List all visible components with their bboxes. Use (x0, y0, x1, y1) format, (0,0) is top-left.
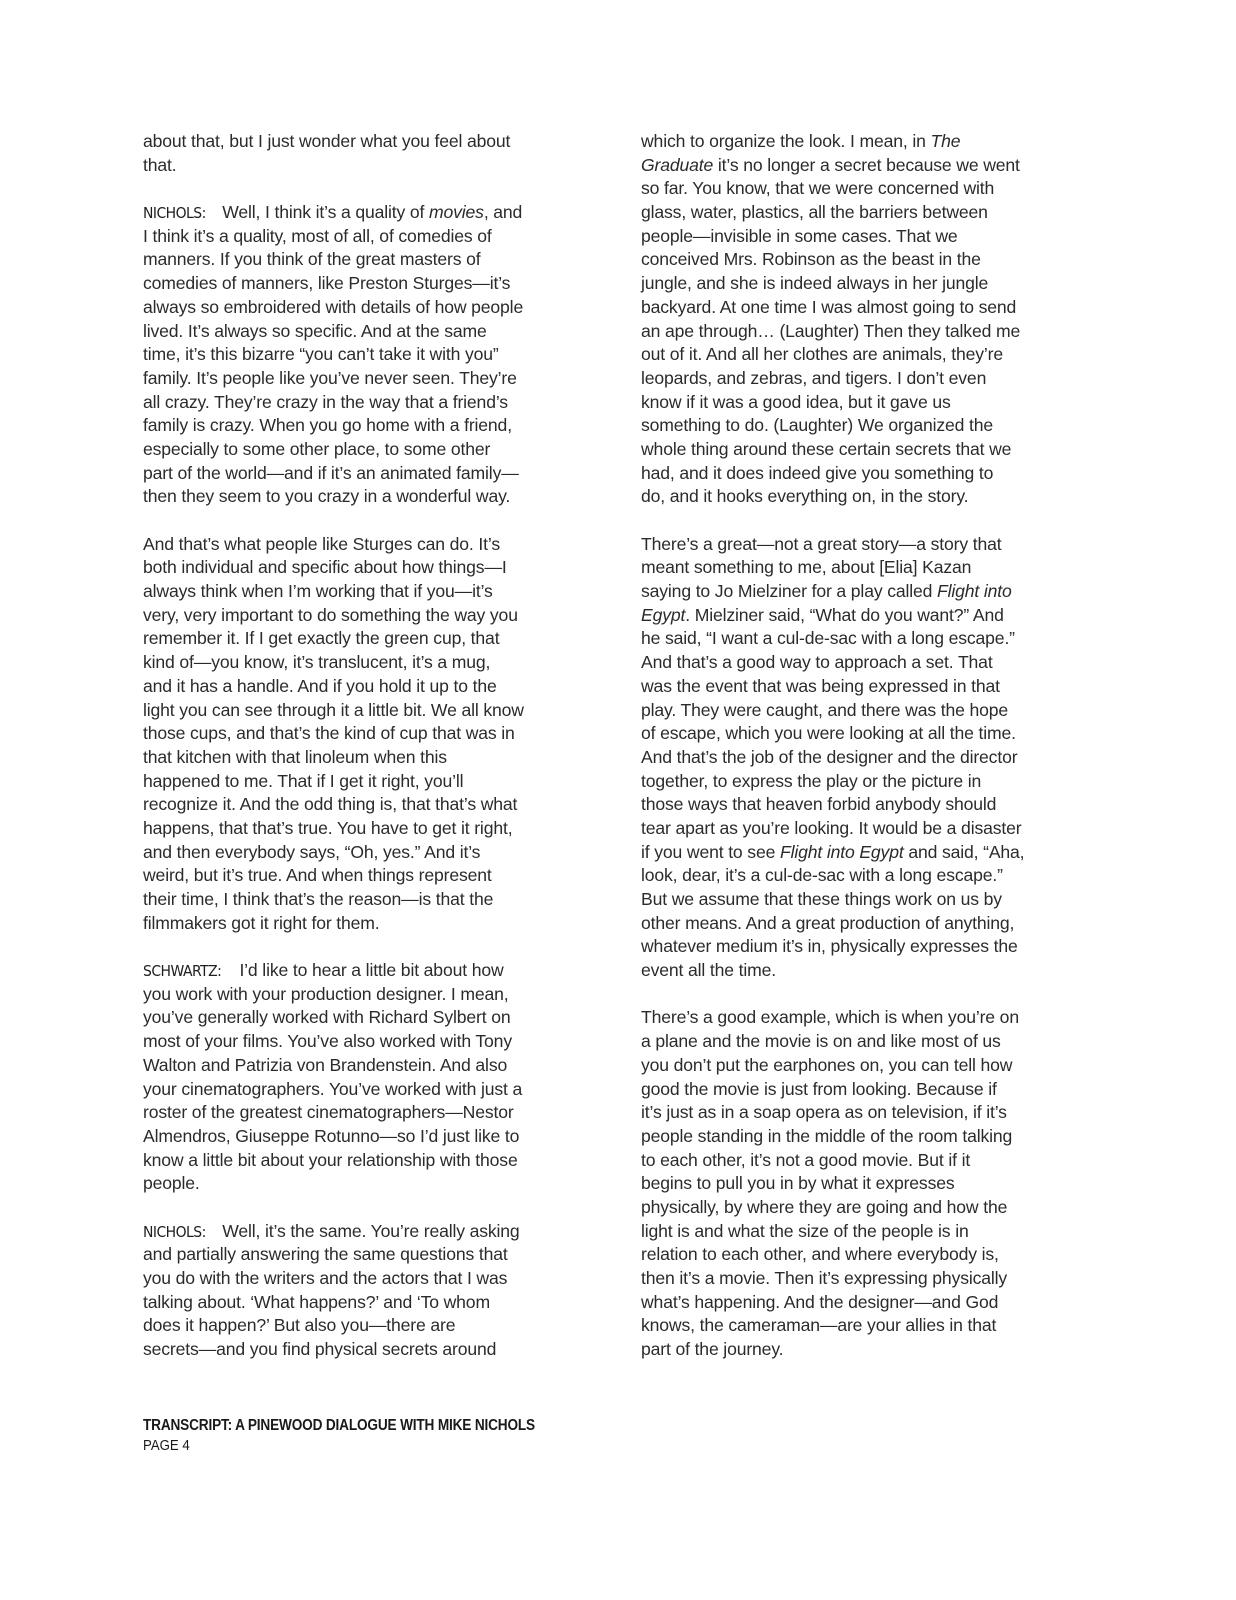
text-line: time, it’s this bizarre “you can’t take … (143, 343, 583, 367)
text-line: of escape, which you were looking at all… (641, 722, 1081, 746)
text-line: those ways that heaven forbid anybody sh… (641, 793, 1081, 817)
text-line: your cinematographers. You’ve worked wit… (143, 1078, 583, 1102)
right-column: which to organize the look. I mean, in T… (641, 130, 1081, 1385)
text-line: backyard. At one time I was almost going… (641, 296, 1081, 320)
text-line: good the movie is just from looking. Bec… (641, 1078, 1081, 1102)
text-line: saying to Jo Mielziner for a play called… (641, 580, 1081, 604)
text-line: know a little bit about your relationshi… (143, 1149, 583, 1173)
text-line: Egypt. Mielziner said, “What do you want… (641, 604, 1081, 628)
text-line: meant something to me, about [Elia] Kaza… (641, 556, 1081, 580)
text-line: then it’s a movie. Then it’s expressing … (641, 1267, 1081, 1291)
text-line: kind of—you know, it’s translucent, it’s… (143, 651, 583, 675)
page-number: PAGE 4 (143, 1436, 583, 1456)
text-line: SCHWARTZ: I’d like to hear a little bit … (143, 959, 583, 983)
text-line: knows, the cameraman—are your allies in … (641, 1314, 1081, 1338)
dialogue-paragraph: SCHWARTZ: I’d like to hear a little bit … (143, 959, 583, 1196)
text-line: always so embroidered with details of ho… (143, 296, 583, 320)
text-line: family is crazy. When you go home with a… (143, 414, 583, 438)
text-line: so far. You know, that we were concerned… (641, 177, 1081, 201)
text-line: together, to express the play or the pic… (641, 770, 1081, 794)
text-line: And that’s the job of the designer and t… (641, 746, 1081, 770)
text-line: tear apart as you’re looking. It would b… (641, 817, 1081, 841)
text-line: conceived Mrs. Robinson as the beast in … (641, 248, 1081, 272)
text-paragraph: which to organize the look. I mean, in T… (641, 130, 1081, 509)
speaker-label: NICHOLS: (143, 202, 206, 226)
text-line: happens, that that’s true. You have to g… (143, 817, 583, 841)
text-line: about that, but I just wonder what you f… (143, 130, 583, 154)
text-line: that. (143, 154, 583, 178)
text-line: especially to some other place, to some … (143, 438, 583, 462)
text-line: you don’t put the earphones on, you can … (641, 1054, 1081, 1078)
text-line: light is and what the size of the people… (641, 1220, 1081, 1244)
text-line: light you can see through it a little bi… (143, 699, 583, 723)
page-footer: TRANSCRIPT: A PINEWOOD DIALOGUE WITH MIK… (143, 1416, 643, 1456)
text-line: Almendros, Giuseppe Rotunno—so I’d just … (143, 1125, 583, 1149)
text-line: lived. It’s always so specific. And at t… (143, 320, 583, 344)
text-line: part of the world—and if it’s an animate… (143, 462, 583, 486)
document-page: about that, but I just wonder what you f… (0, 0, 1236, 1600)
text-line: to each other, it’s not a good movie. Bu… (641, 1149, 1081, 1173)
text-line: was the event that was being expressed i… (641, 675, 1081, 699)
footer-title: TRANSCRIPT: A PINEWOOD DIALOGUE WITH MIK… (143, 1416, 583, 1436)
text-line: I think it’s a quality, most of all, of … (143, 225, 583, 249)
text-line: people—invisible in some cases. That we (641, 225, 1081, 249)
text-line: which to organize the look. I mean, in T… (641, 130, 1081, 154)
text-line: event all the time. (641, 959, 1081, 983)
text-line: NICHOLS: Well, it’s the same. You’re rea… (143, 1220, 583, 1244)
text-line: glass, water, plastics, all the barriers… (641, 201, 1081, 225)
text-line: And that’s what people like Sturges can … (143, 533, 583, 557)
text-line: There’s a great—not a great story—a stor… (641, 533, 1081, 557)
text-line: physically, by where they are going and … (641, 1196, 1081, 1220)
text-line: then they seem to you crazy in a wonderf… (143, 485, 583, 509)
text-line: other means. And a great production of a… (641, 912, 1081, 936)
text-line: know if it was a good idea, but it gave … (641, 391, 1081, 415)
text-line: begins to pull you in by what it express… (641, 1172, 1081, 1196)
text-line: and then everybody says, “Oh, yes.” And … (143, 841, 583, 865)
text-line: people. (143, 1172, 583, 1196)
dialogue-paragraph: NICHOLS: Well, it’s the same. You’re rea… (143, 1220, 583, 1362)
text-line: you work with your production designer. … (143, 983, 583, 1007)
text-paragraph: There’s a great—not a great story—a stor… (641, 533, 1081, 983)
text-paragraph: There’s a good example, which is when yo… (641, 1006, 1081, 1361)
text-line: There’s a good example, which is when yo… (641, 1006, 1081, 1030)
text-line: jungle, and she is indeed always in her … (641, 272, 1081, 296)
text-line: had, and it does indeed give you somethi… (641, 462, 1081, 486)
text-line: a plane and the movie is on and like mos… (641, 1030, 1081, 1054)
dialogue-paragraph: NICHOLS: Well, I think it’s a quality of… (143, 201, 583, 509)
text-line: people standing in the middle of the roo… (641, 1125, 1081, 1149)
text-line: But we assume that these things work on … (641, 888, 1081, 912)
text-line: Walton and Patrizia von Brandenstein. An… (143, 1054, 583, 1078)
text-line: you do with the writers and the actors t… (143, 1267, 583, 1291)
text-line: very, very important to do something the… (143, 604, 583, 628)
text-line: something to do. (Laughter) We organized… (641, 414, 1081, 438)
text-line: whole thing around these certain secrets… (641, 438, 1081, 462)
text-line: you’ve generally worked with Richard Syl… (143, 1006, 583, 1030)
text-line: all crazy. They’re crazy in the way that… (143, 391, 583, 415)
text-line: secrets—and you find physical secrets ar… (143, 1338, 583, 1362)
text-line: And that’s a good way to approach a set.… (641, 651, 1081, 675)
text-line: recognize it. And the odd thing is, that… (143, 793, 583, 817)
text-line: their time, I think that’s the reason—is… (143, 888, 583, 912)
text-line: and partially answering the same questio… (143, 1243, 583, 1267)
text-line: it’s just as in a soap opera as on telev… (641, 1101, 1081, 1125)
text-line: whatever medium it’s in, physically expr… (641, 935, 1081, 959)
text-line: those cups, and that’s the kind of cup t… (143, 722, 583, 746)
text-line: Graduate it’s no longer a secret because… (641, 154, 1081, 178)
text-line: NICHOLS: Well, I think it’s a quality of… (143, 201, 583, 225)
text-line: filmmakers got it right for them. (143, 912, 583, 936)
text-line: out of it. And all her clothes are anima… (641, 343, 1081, 367)
text-line: do, and it hooks everything on, in the s… (641, 485, 1081, 509)
text-line: comedies of manners, like Preston Sturge… (143, 272, 583, 296)
text-line: family. It’s people like you’ve never se… (143, 367, 583, 391)
text-line: manners. If you think of the great maste… (143, 248, 583, 272)
text-line: does it happen?’ But also you—there are (143, 1314, 583, 1338)
text-line: roster of the greatest cinematographers—… (143, 1101, 583, 1125)
text-line: an ape through… (Laughter) Then they tal… (641, 320, 1081, 344)
text-line: play. They were caught, and there was th… (641, 699, 1081, 723)
speaker-label: SCHWARTZ: (143, 960, 221, 984)
text-line: always think when I’m working that if yo… (143, 580, 583, 604)
text-line: leopards, and zebras, and tigers. I don’… (641, 367, 1081, 391)
text-line: that kitchen with that linoleum when thi… (143, 746, 583, 770)
text-line: what’s happening. And the designer—and G… (641, 1291, 1081, 1315)
text-line: happened to me. That if I get it right, … (143, 770, 583, 794)
text-line: part of the journey. (641, 1338, 1081, 1362)
text-paragraph: about that, but I just wonder what you f… (143, 130, 583, 177)
text-line: and it has a handle. And if you hold it … (143, 675, 583, 699)
text-line: most of your films. You’ve also worked w… (143, 1030, 583, 1054)
text-line: if you went to see Flight into Egypt and… (641, 841, 1081, 865)
text-line: look, dear, it’s a cul-de-sac with a lon… (641, 864, 1081, 888)
text-line: he said, “I want a cul-de-sac with a lon… (641, 627, 1081, 651)
text-line: relation to each other, and where everyb… (641, 1243, 1081, 1267)
text-line: weird, but it’s true. And when things re… (143, 864, 583, 888)
speaker-label: NICHOLS: (143, 1221, 206, 1245)
text-paragraph: And that’s what people like Sturges can … (143, 533, 583, 936)
text-line: both individual and specific about how t… (143, 556, 583, 580)
text-line: remember it. If I get exactly the green … (143, 627, 583, 651)
left-column: about that, but I just wonder what you f… (143, 130, 583, 1385)
text-line: talking about. ‘What happens?’ and ‘To w… (143, 1291, 583, 1315)
